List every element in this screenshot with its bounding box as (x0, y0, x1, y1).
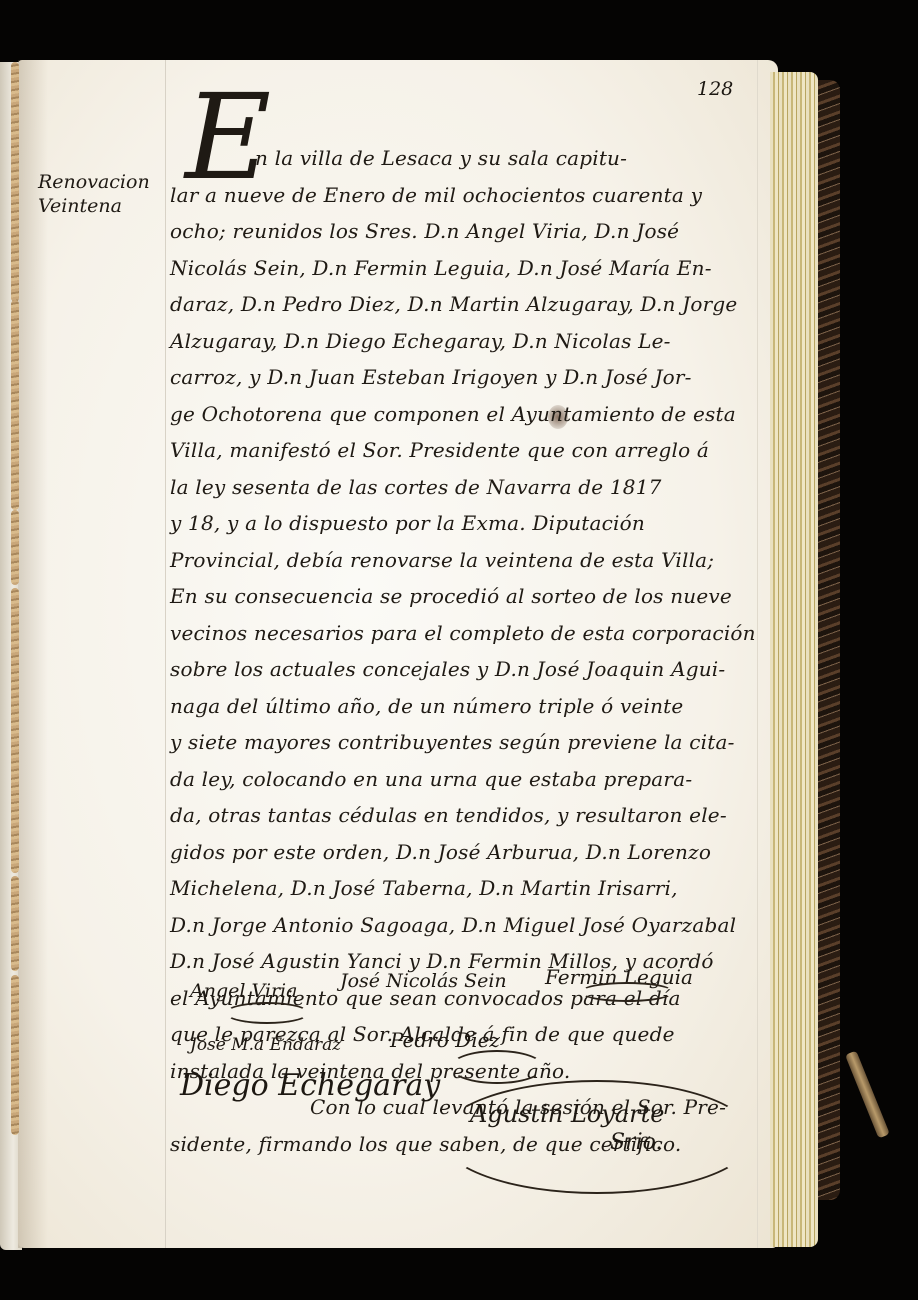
text-line: Provincial, debía renovarse la veintena … (170, 542, 750, 579)
text-line: lar a nueve de Enero de mil ochocientos … (170, 177, 750, 214)
binding-thread (11, 975, 19, 1135)
text-line: da ley, colocando en una urna que estaba… (170, 761, 750, 798)
signature-flourish (580, 982, 674, 1002)
text-line: En su consecuencia se procedió al sorteo… (170, 578, 750, 615)
text-line: y 18, y a lo dispuesto por la Exma. Dipu… (170, 505, 750, 542)
margin-note-line: Veintena (38, 194, 163, 218)
signature: José M.a Endaraz (190, 1035, 341, 1055)
marbled-cover-edge (818, 80, 840, 1200)
margin-annotation: Renovacion Veintena (38, 170, 163, 218)
signature-block: Angel Viria José Nicolás Sein Fermin Leg… (170, 960, 770, 1220)
text-line: naga del último año, de un número triple… (170, 688, 750, 725)
text-line: Michelena, D.n José Taberna, D.n Martin … (170, 870, 750, 907)
page-number: 128 (697, 78, 733, 100)
text-line: D.n Jorge Antonio Sagoaga, D.n Miguel Jo… (170, 907, 750, 944)
text-line: la ley sesenta de las cortes de Navarra … (170, 469, 750, 506)
signature-flourish (450, 1050, 544, 1084)
text-line: daraz, D.n Pedro Diez, D.n Martin Alzuga… (170, 286, 750, 323)
text-line: gidos por este orden, D.n José Arburua, … (170, 834, 750, 871)
binding-thread (11, 300, 19, 510)
text-line: Alzugaray, D.n Diego Echegaray, D.n Nico… (170, 323, 750, 360)
signature-flourish (225, 1002, 309, 1024)
signature: Angel Viria (190, 980, 297, 1002)
text-line: n la villa de Lesaca y su sala capitu- (170, 140, 750, 177)
text-line: sobre los actuales concejales y D.n José… (170, 651, 750, 688)
gutter-shadow (18, 60, 48, 1248)
signature: Diego Echegaray (180, 1068, 440, 1103)
margin-rule (165, 60, 166, 1248)
signature: Pedro Diez (390, 1028, 500, 1052)
text-line: ge Ochotorena que componen el Ayuntamien… (170, 396, 750, 433)
text-line: ocho; reunidos los Sres. D.n Angel Viria… (170, 213, 750, 250)
gilt-page-edges (770, 72, 818, 1247)
text-line: Villa, manifestó el Sor. Presidente que … (170, 432, 750, 469)
text-line: carroz, y D.n Juan Esteban Irigoyen y D.… (170, 359, 750, 396)
signature: José Nicolás Sein (340, 970, 507, 992)
binding-thread (11, 62, 19, 302)
margin-note-line: Renovacion (38, 170, 163, 194)
text-line: y siete mayores contribuyentes según pre… (170, 724, 750, 761)
bookmark-ribbon (845, 1051, 890, 1139)
text-line: Nicolás Sein, D.n Fermin Leguia, D.n Jos… (170, 250, 750, 287)
binding-thread (11, 588, 19, 873)
text-line: vecinos necesarios para el completo de e… (170, 615, 750, 652)
ledger-book: 128 E Renovacion Veintena n la villa de … (0, 0, 918, 1300)
binding-thread (11, 510, 19, 585)
signature-flourish (440, 1080, 754, 1194)
binding-thread (11, 876, 19, 971)
text-line: da, otras tantas cédulas en tendidos, y … (170, 797, 750, 834)
